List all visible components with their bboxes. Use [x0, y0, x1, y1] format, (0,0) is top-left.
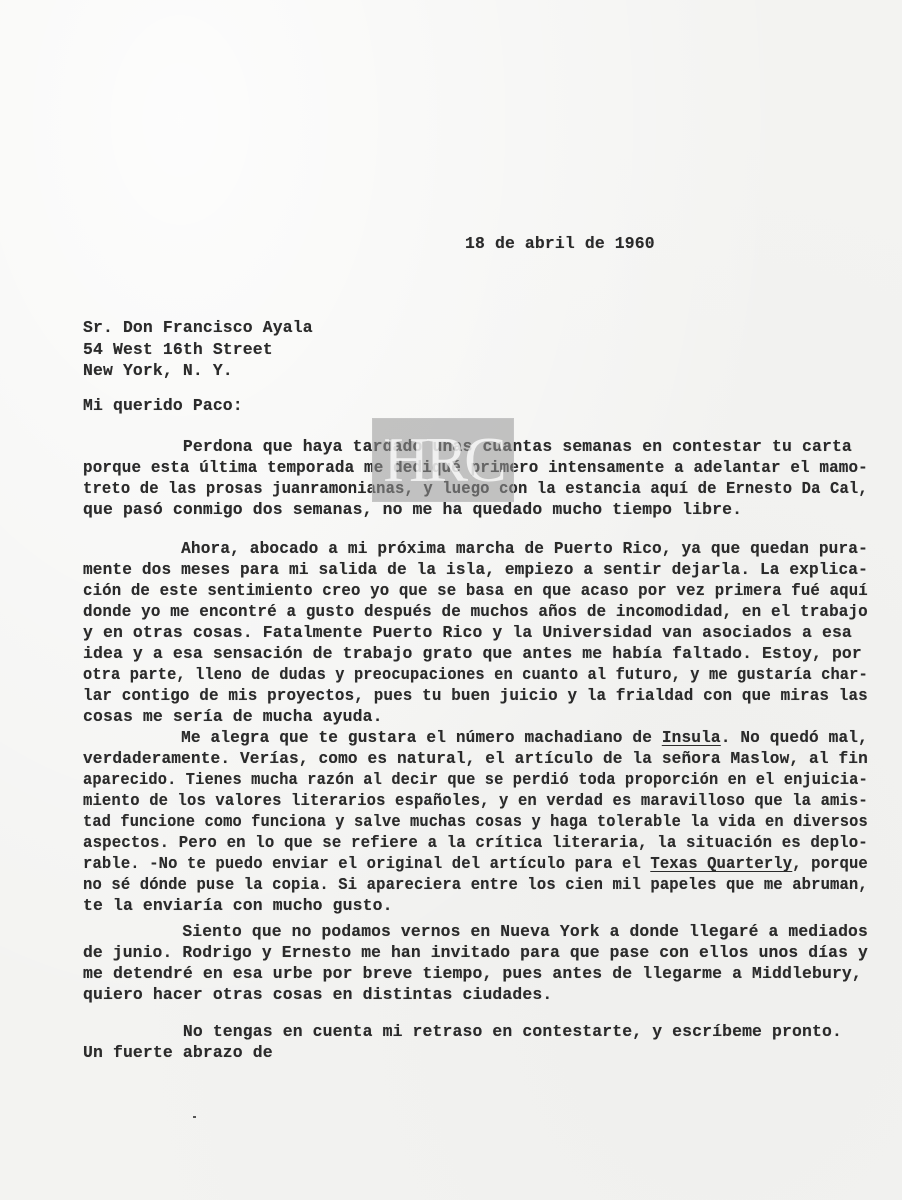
paragraph-line: no sé dónde puse la copia. Si apareciera… — [83, 875, 868, 895]
paragraph-line: tad funcione como funciona y salve mucha… — [83, 812, 868, 832]
paragraph-line: treto de las prosas juanramonianas, y lu… — [83, 479, 868, 499]
paragraph-line: idea y a esa sensación de trabajo grato … — [83, 644, 862, 664]
paragraph-line: verdaderamente. Verías, como es natural,… — [83, 749, 868, 769]
paragraph-line: mente dos meses para mi salida de la isl… — [83, 560, 868, 580]
salutation: Mi querido Paco: — [83, 396, 243, 416]
paragraph-line: quiero hacer otras cosas en distintas ci… — [83, 985, 552, 1005]
paragraph-line: lar contigo de mis proyectos, pues tu bu… — [83, 686, 868, 706]
paragraph-text: . No quedó mal, — [721, 728, 868, 747]
paragraph-line: rable. -No te puedo enviar el original d… — [83, 854, 868, 874]
paragraph-line: otra parte, lleno de dudas y preocupacio… — [83, 665, 868, 685]
paragraph-text: rable. -No te puedo enviar el original d… — [83, 854, 650, 873]
paragraph-line: te la enviaría con mucho gusto. — [83, 896, 393, 916]
closing: Un fuerte abrazo de — [83, 1043, 273, 1063]
paragraph-line: miento de los valores literarios español… — [83, 791, 868, 811]
paragraph-line: Me alegra que te gustara el número macha… — [83, 728, 868, 748]
paragraph-line: y en otras cosas. Fatalmente Puerto Rico… — [83, 623, 852, 643]
paragraph-line: porque esta última temporada me dediqué … — [83, 458, 868, 478]
texas-quarterly-title: Texas Quarterly — [650, 854, 792, 873]
letter-page: 18 de abril de 1960 Sr. Don Francisco Ay… — [0, 0, 902, 1200]
paragraph-line: No tengas en cuenta mi retraso en contes… — [83, 1022, 842, 1042]
recipient-street: 54 West 16th Street — [83, 340, 273, 360]
paragraph-line: que pasó conmigo dos semanas, no me ha q… — [83, 500, 742, 520]
paragraph-line: Perdona que haya tardado unas cuantas se… — [83, 437, 852, 457]
recipient-name: Sr. Don Francisco Ayala — [83, 318, 313, 338]
paragraph-line: cosas me sería de mucha ayuda. — [83, 707, 383, 727]
insula-title: Insula — [662, 728, 721, 747]
paragraph-text: , porque — [792, 854, 868, 873]
paragraph-line: me detendré en esa urbe por breve tiempo… — [83, 964, 862, 984]
paragraph-line: aparecido. Tienes mucha razón al decir q… — [83, 770, 868, 790]
paragraph-line: ción de este sentimiento creo yo que se … — [83, 581, 868, 601]
paragraph-line: aspectos. Pero en lo que se refiere a la… — [83, 833, 868, 853]
recipient-city: New York, N. Y. — [83, 361, 233, 381]
paragraph-line: de junio. Rodrigo y Ernesto me han invit… — [83, 943, 868, 963]
paragraph-line: donde yo me encontré a gusto después de … — [83, 602, 868, 622]
paragraph-line: Ahora, abocado a mi próxima marcha de Pu… — [83, 539, 868, 559]
paragraph-text: Me alegra que te gustara el número macha… — [83, 728, 662, 747]
letter-date: 18 de abril de 1960 — [465, 234, 655, 254]
ink-speck — [193, 1116, 196, 1118]
paragraph-line: Siento que no podamos vernos en Nueva Yo… — [83, 922, 868, 942]
